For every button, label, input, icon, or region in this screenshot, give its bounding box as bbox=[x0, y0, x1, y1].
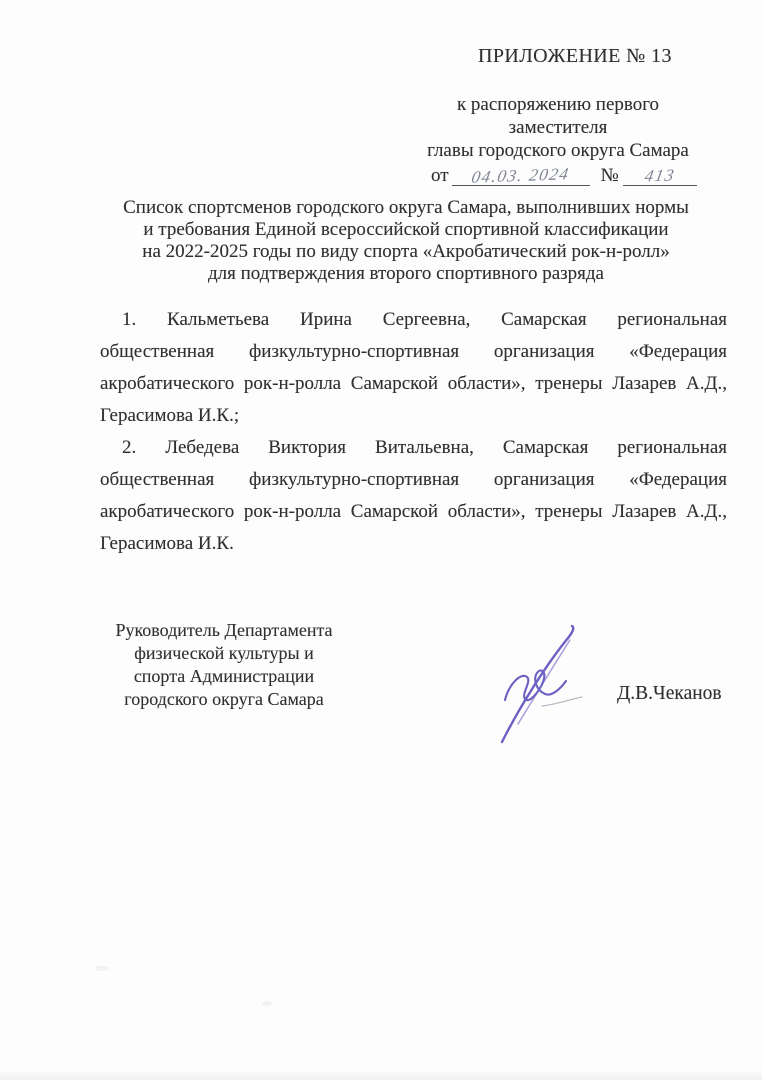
date-field: 04.03. 2024 bbox=[452, 164, 590, 186]
title-line-4: для подтверждения второго спортивного ра… bbox=[100, 263, 712, 285]
athlete-1-line-1: 1. Кальметьева Ирина Сергеевна, Самарска… bbox=[100, 304, 727, 336]
title-line-1: Список спортсменов городского округа Сам… bbox=[100, 197, 712, 219]
signature-flick-stroke bbox=[542, 697, 582, 706]
signer-position-line-4: городского округа Самара bbox=[110, 688, 338, 711]
date-number-line: от04.03. 2024№413 bbox=[410, 164, 706, 187]
signer-position-line-3: спорта Администрации bbox=[110, 665, 338, 688]
handwritten-number: 413 bbox=[643, 163, 677, 187]
number-field: 413 bbox=[623, 164, 697, 186]
athlete-2-line-3: акробатического рок-н-ролла Самарской об… bbox=[100, 496, 727, 528]
scan-artifact bbox=[95, 966, 109, 971]
appendix-heading: ПРИЛОЖЕНИЕ № 13 bbox=[478, 45, 672, 68]
athlete-2-line-1: 2. Лебедева Виктория Витальевна, Самарск… bbox=[100, 432, 727, 464]
title-line-3: на 2022-2025 годы по виду спорта «Акроба… bbox=[100, 241, 712, 263]
scanned-document-page: ПРИЛОЖЕНИЕ № 13 к распоряжению первого з… bbox=[0, 0, 762, 1080]
athlete-1-line-4: Герасимова И.К.; bbox=[100, 400, 727, 432]
athlete-list: 1. Кальметьева Ирина Сергеевна, Самарска… bbox=[100, 304, 727, 560]
athlete-2-line-2: общественная физкультурно-спортивная орг… bbox=[100, 464, 727, 496]
athlete-1-line-3: акробатического рок-н-ролла Самарской об… bbox=[100, 368, 727, 400]
title-line-2: и требования Единой всероссийской спорти… bbox=[100, 219, 712, 241]
signer-name: Д.В.Чеканов bbox=[617, 683, 722, 705]
signature-loops-stroke bbox=[505, 670, 566, 700]
order-reference-line-2: главы городского округа Самара bbox=[410, 139, 706, 162]
signer-position-line-2: физической культуры и bbox=[110, 642, 338, 665]
from-label: от bbox=[431, 165, 449, 186]
handwritten-signature bbox=[478, 612, 620, 750]
athlete-2-line-4: Герасимова И.К. bbox=[100, 528, 727, 560]
signer-position-line-1: Руководитель Департамента bbox=[110, 619, 338, 642]
scan-edge-shadow bbox=[0, 1070, 762, 1080]
handwritten-date: 04.03. 2024 bbox=[470, 162, 572, 188]
athlete-1-line-2: общественная физкультурно-спортивная орг… bbox=[100, 336, 727, 368]
signer-position-block: Руководитель Департамента физической кул… bbox=[110, 619, 338, 711]
scan-artifact bbox=[262, 1001, 272, 1006]
number-label: № bbox=[601, 165, 619, 186]
order-reference-block: к распоряжению первого заместителя главы… bbox=[410, 93, 706, 187]
document-title: Список спортсменов городского округа Сам… bbox=[100, 197, 712, 285]
order-reference-line-1: к распоряжению первого заместителя bbox=[410, 93, 706, 139]
